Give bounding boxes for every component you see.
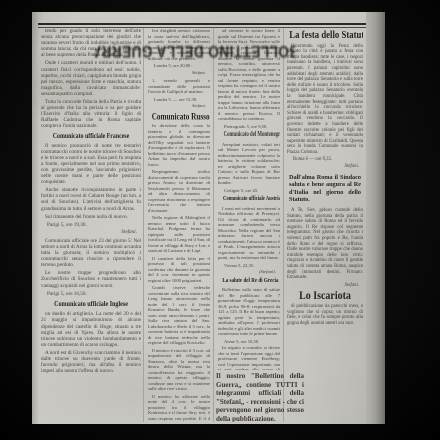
paragraph: Il nemico pronunciò di notte tre tentati… — [41, 143, 141, 186]
paragraph: Comunicato ufficiale ore 23 del giorno 5… — [41, 238, 141, 268]
article-body: In seguito a consulto si decise che si t… — [218, 345, 280, 370]
article-body: 1. avendo generali e comandante delle po… — [148, 78, 210, 95]
dateline: Parigi 5, ore 16,50. — [47, 291, 141, 297]
column-1: tendo per guado il solo interesse dell'a… — [41, 28, 141, 422]
paragraph: Ricorrendo oggi la Festa dello Statuto l… — [287, 44, 363, 156]
dateline: Vienna 5, 22,35. — [224, 263, 280, 269]
article-body: Aeroplani austriaci, volati ieri sul Mon… — [218, 142, 280, 186]
dateline: Londra 5. — ore 15,39. — [154, 97, 210, 103]
paragraph: Il nemico ha afferrate nella notte del 4… — [148, 394, 210, 423]
article-body: Comunicato ufficiale ore 23 del giorno 5… — [41, 238, 141, 289]
headline-comunicato-russo: Comunicato Russo — [152, 113, 207, 120]
column-divider-2 — [213, 28, 214, 422]
article-body: Bollettino sullo stato di salute del Re … — [218, 287, 280, 337]
paragraph: Il nemico è riuscito il 3 corr. ad impad… — [148, 348, 210, 392]
paragraph: Aeroplani austriaci, volati ieri sul Mon… — [218, 142, 280, 186]
paragraph: Le nostre truppe progredirono allo Zucch… — [41, 270, 141, 288]
article-body: In direzione della costa la fanteria e i… — [148, 123, 210, 422]
headline-festa-statuto: La festa dello Statuto — [289, 33, 360, 40]
paragraph: Onde i caratteri morali e militari dell'… — [41, 60, 141, 97]
dateline: Pietrogrado 5, ore 9,50. — [224, 124, 280, 130]
column-divider-1 — [143, 28, 144, 422]
column-2: Ieri dirigibili nemici violarono la cost… — [148, 28, 210, 422]
newspaper-page: tendo per guado il solo interesse dell'a… — [32, 12, 385, 424]
signature: Stefani. — [148, 70, 206, 76]
sindaco-saluto-statement: Dall'alma Roma il Sindaco saluta e bene … — [289, 174, 361, 204]
paragraph: In seguito a consulto si decise che si t… — [218, 345, 280, 370]
masthead-showthrough-text: BOLLETTINO DELLA GUERRA — [95, 38, 295, 66]
paragraph: In direzione della costa la fanteria e i… — [148, 123, 210, 167]
article-body: Il nemico pronunciò di notte tre tentati… — [41, 143, 141, 220]
headline-comunicato-montenegro: Comunicato del Montenegro — [224, 133, 275, 139]
article-body: A Te, Sire, geloso custode dello Statuto… — [287, 208, 363, 281]
article-body: di pubblicazione da parecchi mesi, e vog… — [287, 304, 363, 326]
headline-salute-re-grecia: La salute del Re di Grecia — [222, 278, 275, 284]
headline-comunicato-austriaco: Comunicato ufficiale Austriaco — [223, 197, 275, 203]
paragraph: Bollettino sullo stato di salute del Re … — [218, 287, 280, 337]
signature: Stefani. — [41, 229, 137, 235]
signature: (Stefani). — [218, 269, 276, 275]
paragraph: Sul rimanente del fronte nulla di nuovo. — [41, 214, 141, 220]
paragraph: 1. avendo generali e comandante delle po… — [148, 78, 210, 95]
paragraph: I russi nei cedersi movimenti a Niedzika… — [218, 206, 280, 261]
paragraph: un duello di artiglieria. La notte del 2… — [41, 311, 141, 348]
page-left-edge-shadow — [32, 12, 39, 424]
masthead-rule-thick — [38, 23, 378, 25]
dateline: Roma 6 — ore 9,35. — [293, 157, 363, 163]
article-body: Ricorrendo oggi la Festa dello Statuto l… — [287, 44, 363, 156]
dateline: Cettigne 5, ore 20. — [224, 188, 280, 194]
paragraph: Respingemmo inoltre distaccamenti di cop… — [148, 169, 210, 213]
paragraph: Tutta la concorde fiducia della Patria è… — [41, 99, 141, 129]
paragraph: Il carattere della lotta per il possesso… — [148, 256, 210, 284]
headline-lo-iscariota: Lo Iscariota — [289, 294, 361, 300]
article-body: un duello di artiglieria. La notte del 2… — [41, 311, 141, 374]
paragraph: di pubblicazione da parecchi mesi, e vog… — [287, 304, 363, 326]
page-right-edge-shadow — [366, 12, 385, 424]
column-3: ad ottenere le nostre linee; il guado su… — [218, 28, 280, 370]
column-4: La festa dello Statuto Ricorrendo oggi l… — [287, 28, 363, 422]
paragraph: Grandi riserve tedesche concentrate sull… — [148, 285, 210, 346]
signature: Stefani. — [287, 164, 359, 170]
signature: Stefani. — [148, 103, 206, 109]
article-body: I russi nei cedersi movimenti a Niedzika… — [218, 206, 280, 261]
headline-comunicato-inglese: Comunicato ufficiale Inglese — [45, 300, 137, 309]
dateline: Atene 5, ore 16,50. — [224, 339, 280, 345]
paragraph: A nord est di Givenchy scacciammo il nem… — [41, 350, 141, 374]
headline-comunicato-francese: Comunicato ufficiale Francese — [45, 133, 137, 140]
dateline: Parigi 5, ore 19,30. — [47, 222, 141, 228]
signature: Stefani. — [287, 283, 359, 289]
paragraph: A Te, Sire, geloso custode dello Statuto… — [287, 208, 363, 281]
paragraph: Anche stanotte riconquistammo in parte i… — [41, 187, 141, 211]
page-content: tendo per guado il solo interesse dell'a… — [32, 12, 385, 424]
column-divider-3 — [283, 28, 284, 422]
paragraph: Nella regione di Malerghert il nemico te… — [148, 215, 210, 254]
